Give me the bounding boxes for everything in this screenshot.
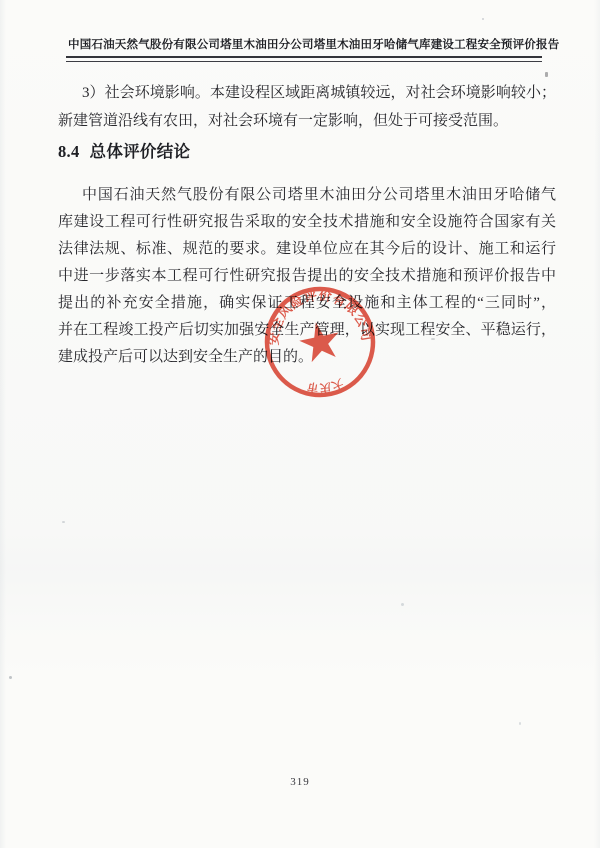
star-icon [296, 318, 343, 363]
document-page: 中国石油天然气股份有限公司塔里木油田分公司塔里木油田牙哈储气库建设工程安全预评价… [0, 0, 600, 848]
text-line: 新建管道沿线有农田，对社会环境有一定影响，但处于可接受范围。 [58, 107, 556, 135]
section-number: 8.4 [58, 142, 80, 161]
scan-speck [401, 603, 404, 606]
scan-speck [9, 676, 12, 679]
paragraph-social-environment: 3）社会环境影响。本建设程区域距离城镇较远，对社会环境影响较小； 新建管道沿线有… [58, 79, 556, 135]
section-title: 总体评价结论 [90, 142, 191, 161]
scan-speck [545, 72, 548, 77]
scan-speck [482, 18, 484, 20]
text-line: 库建设工程可行性研究报告采取的安全技术措施和安全设施符合国家有关 [58, 209, 556, 236]
text-line: 中国石油天然气股份有限公司塔里木油田分公司塔里木油田牙哈储气 [58, 182, 556, 209]
section-heading-8-4: 8.4总体评价结论 [58, 138, 190, 162]
page-number: 319 [0, 776, 600, 788]
text-line: 3）社会环境影响。本建设程区域距离城镇较远，对社会环境影响较小； [58, 79, 556, 107]
company-seal-stamp: 安全风险评价有限公司 大庆市 [250, 272, 390, 412]
scan-speck [62, 521, 65, 523]
header-divider [66, 56, 542, 62]
page-header-title: 中国石油天然气股份有限公司塔里木油田分公司塔里木油田牙哈储气库建设工程安全预评价… [68, 36, 542, 52]
text-line: 法律法规、标准、规范的要求。建设单位应在其今后的设计、施工和运行 [58, 236, 556, 263]
scan-speck [519, 722, 521, 725]
